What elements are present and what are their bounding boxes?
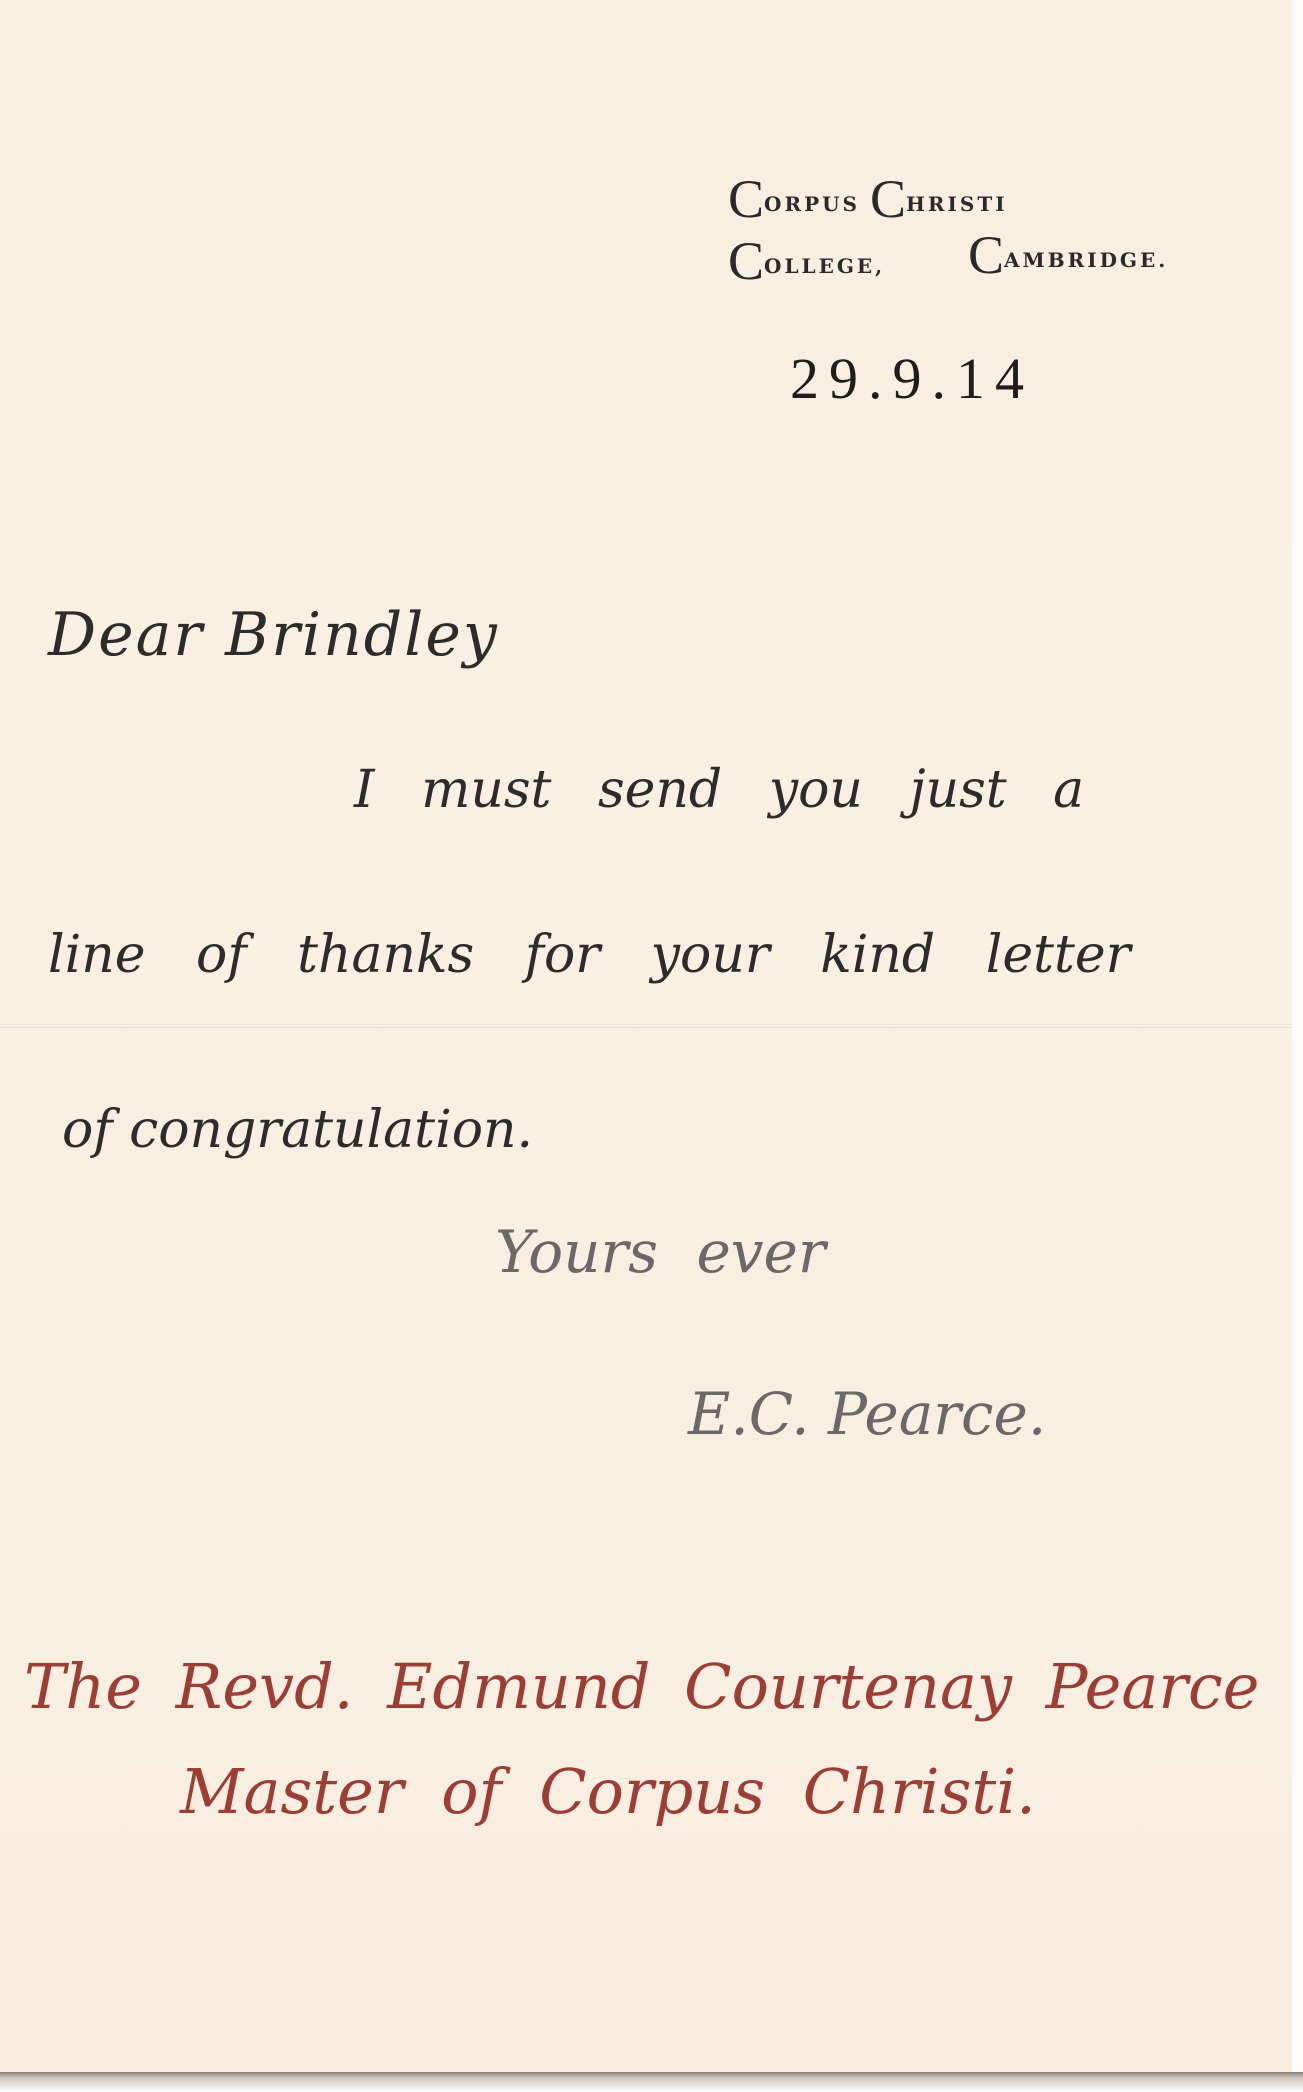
body-line: I must send you just a <box>354 760 1084 820</box>
body-line: of congratulation. <box>62 1100 533 1160</box>
scan-margin <box>1292 0 1303 2092</box>
word-rest: AMBRIDGE. <box>1004 248 1168 272</box>
annotation-name: The Revd. Edmund Courtenay Pearce <box>24 1650 1259 1723</box>
paper-shadow <box>0 2072 1303 2092</box>
initial-cap: C <box>968 225 1004 285</box>
letterhead-city: CAMBRIDGE. <box>968 224 1168 286</box>
closing: Yours ever <box>495 1218 826 1286</box>
fold-crease <box>0 1024 1292 1028</box>
greeting: Dear Brindley <box>48 600 499 670</box>
annotation-title: Master of Corpus Christi. <box>180 1755 1036 1828</box>
initial-cap: C <box>728 169 764 229</box>
letterhead-word: COLLEGE, <box>728 254 885 278</box>
signature: E.C. Pearce. <box>688 1380 1046 1448</box>
word-rest: ORPUS <box>764 192 860 216</box>
letterhead-word: CHRISTI <box>870 192 1008 216</box>
body-line: line of thanks for your kind letter <box>48 925 1131 985</box>
word-rest: OLLEGE, <box>764 254 885 278</box>
initial-cap: C <box>870 169 906 229</box>
word-rest: HRISTI <box>906 192 1008 216</box>
letter-date: 29.9.14 <box>790 345 1034 412</box>
initial-cap: C <box>728 231 764 291</box>
letterhead-word: CORPUS <box>728 192 860 216</box>
